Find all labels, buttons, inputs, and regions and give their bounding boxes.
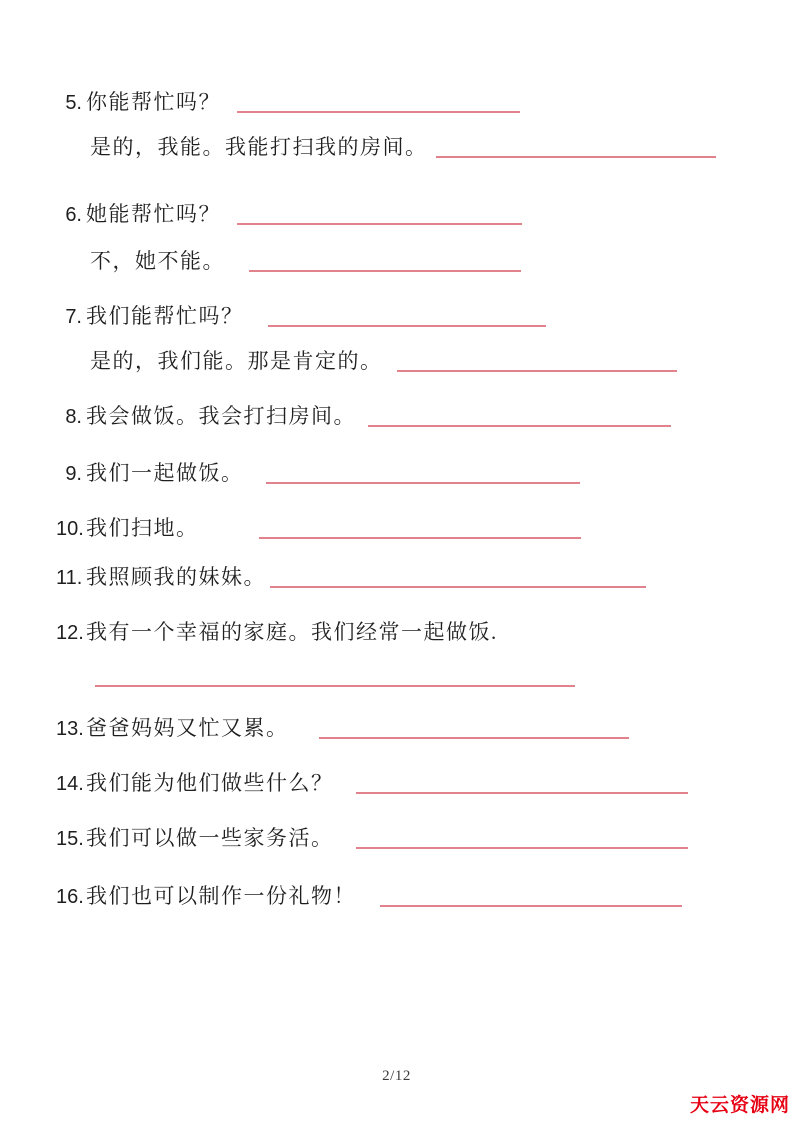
worksheet-item: 7. 我们能帮忙吗？ (56, 300, 753, 330)
item-number: 6. (56, 204, 82, 227)
item-text: 我有一个幸福的家庭。我们经常一起做饭. (86, 616, 498, 646)
answer-blank-line (237, 211, 522, 225)
answer-blank-line (380, 893, 682, 907)
item-text: 我们可以做一些家务活。 (86, 822, 334, 852)
item-number: 16. (56, 886, 82, 909)
item-text: 我照顾我的妹妹。 (86, 561, 266, 591)
answer-blank-line (436, 144, 716, 158)
item-text: 是的，我们能。那是肯定的。 (90, 345, 383, 375)
worksheet-item: 16. 我们也可以制作一份礼物！ (56, 880, 753, 910)
item-number: 11. (56, 567, 82, 590)
item-number: 8. (56, 406, 82, 429)
worksheet-item: 9. 我们一起做饭。 (56, 457, 753, 487)
worksheet-item: 8. 我会做饭。我会打扫房间。 (56, 400, 753, 430)
item-number: 12. (56, 622, 82, 645)
worksheet-item: 12. 我有一个幸福的家庭。我们经常一起做饭. (56, 616, 753, 646)
item-number: 5. (56, 92, 82, 115)
worksheet-item: 11. 我照顾我的妹妹。 (56, 561, 753, 591)
worksheet-item: 15. 我们可以做一些家务活。 (56, 822, 753, 852)
item-number: 10. (56, 518, 82, 541)
item-number: 9. (56, 463, 82, 486)
item-text: 我们能帮忙吗？ (86, 300, 244, 330)
answer-blank-line (319, 725, 629, 739)
answer-blank-line (356, 835, 688, 849)
item-text: 我们能为他们做些什么？ (86, 767, 334, 797)
item-text: 是的，我能。我能打扫我的房间。 (90, 131, 428, 161)
item-number: 14. (56, 773, 82, 796)
item-text: 我们扫地。 (86, 512, 199, 542)
item-text: 我会做饭。我会打扫房间。 (86, 400, 356, 430)
item-text: 我们也可以制作一份礼物！ (86, 880, 356, 910)
item-text: 不，她不能。 (90, 245, 225, 275)
item-text: 你能帮忙吗？ (86, 86, 221, 116)
worksheet-item: 10. 我们扫地。 (56, 512, 753, 542)
answer-blank-line (270, 574, 646, 588)
item-text: 她能帮忙吗？ (86, 198, 221, 228)
worksheet-item: 6. 她能帮忙吗？ (56, 198, 753, 228)
worksheet-content: 5. 你能帮忙吗？ 是的，我能。我能打扫我的房间。 6. 她能帮忙吗？ 不，她不… (56, 0, 753, 910)
worksheet-item-answer: 是的，我们能。那是肯定的。 (56, 345, 753, 375)
answer-blank-line (237, 99, 520, 113)
answer-blank-line (249, 258, 521, 272)
item-number: 7. (56, 306, 82, 329)
item-text: 我们一起做饭。 (86, 457, 244, 487)
item-number: 13. (56, 718, 82, 741)
worksheet-item: 14. 我们能为他们做些什么？ (56, 767, 753, 797)
item-number: 15. (56, 828, 82, 851)
watermark: 天云资源网 (690, 1090, 790, 1117)
answer-blank-line (266, 470, 580, 484)
answer-blank-line (268, 313, 546, 327)
item-text: 爸爸妈妈又忙又累。 (86, 712, 289, 742)
answer-blank-line (259, 525, 581, 539)
worksheet-item: 13. 爸爸妈妈又忙又累。 (56, 712, 753, 742)
worksheet-page: 5. 你能帮忙吗？ 是的，我能。我能打扫我的房间。 6. 她能帮忙吗？ 不，她不… (0, 0, 793, 1122)
page-number: 2/12 (0, 1068, 793, 1085)
worksheet-item: 5. 你能帮忙吗？ (56, 86, 753, 116)
answer-blank-line (368, 413, 671, 427)
worksheet-item-answer: 是的，我能。我能打扫我的房间。 (56, 131, 753, 161)
answer-blank-line (95, 673, 575, 687)
worksheet-item-answer: 不，她不能。 (56, 245, 753, 275)
worksheet-item-continuation (56, 669, 753, 685)
answer-blank-line (356, 780, 688, 794)
answer-blank-line (397, 358, 677, 372)
